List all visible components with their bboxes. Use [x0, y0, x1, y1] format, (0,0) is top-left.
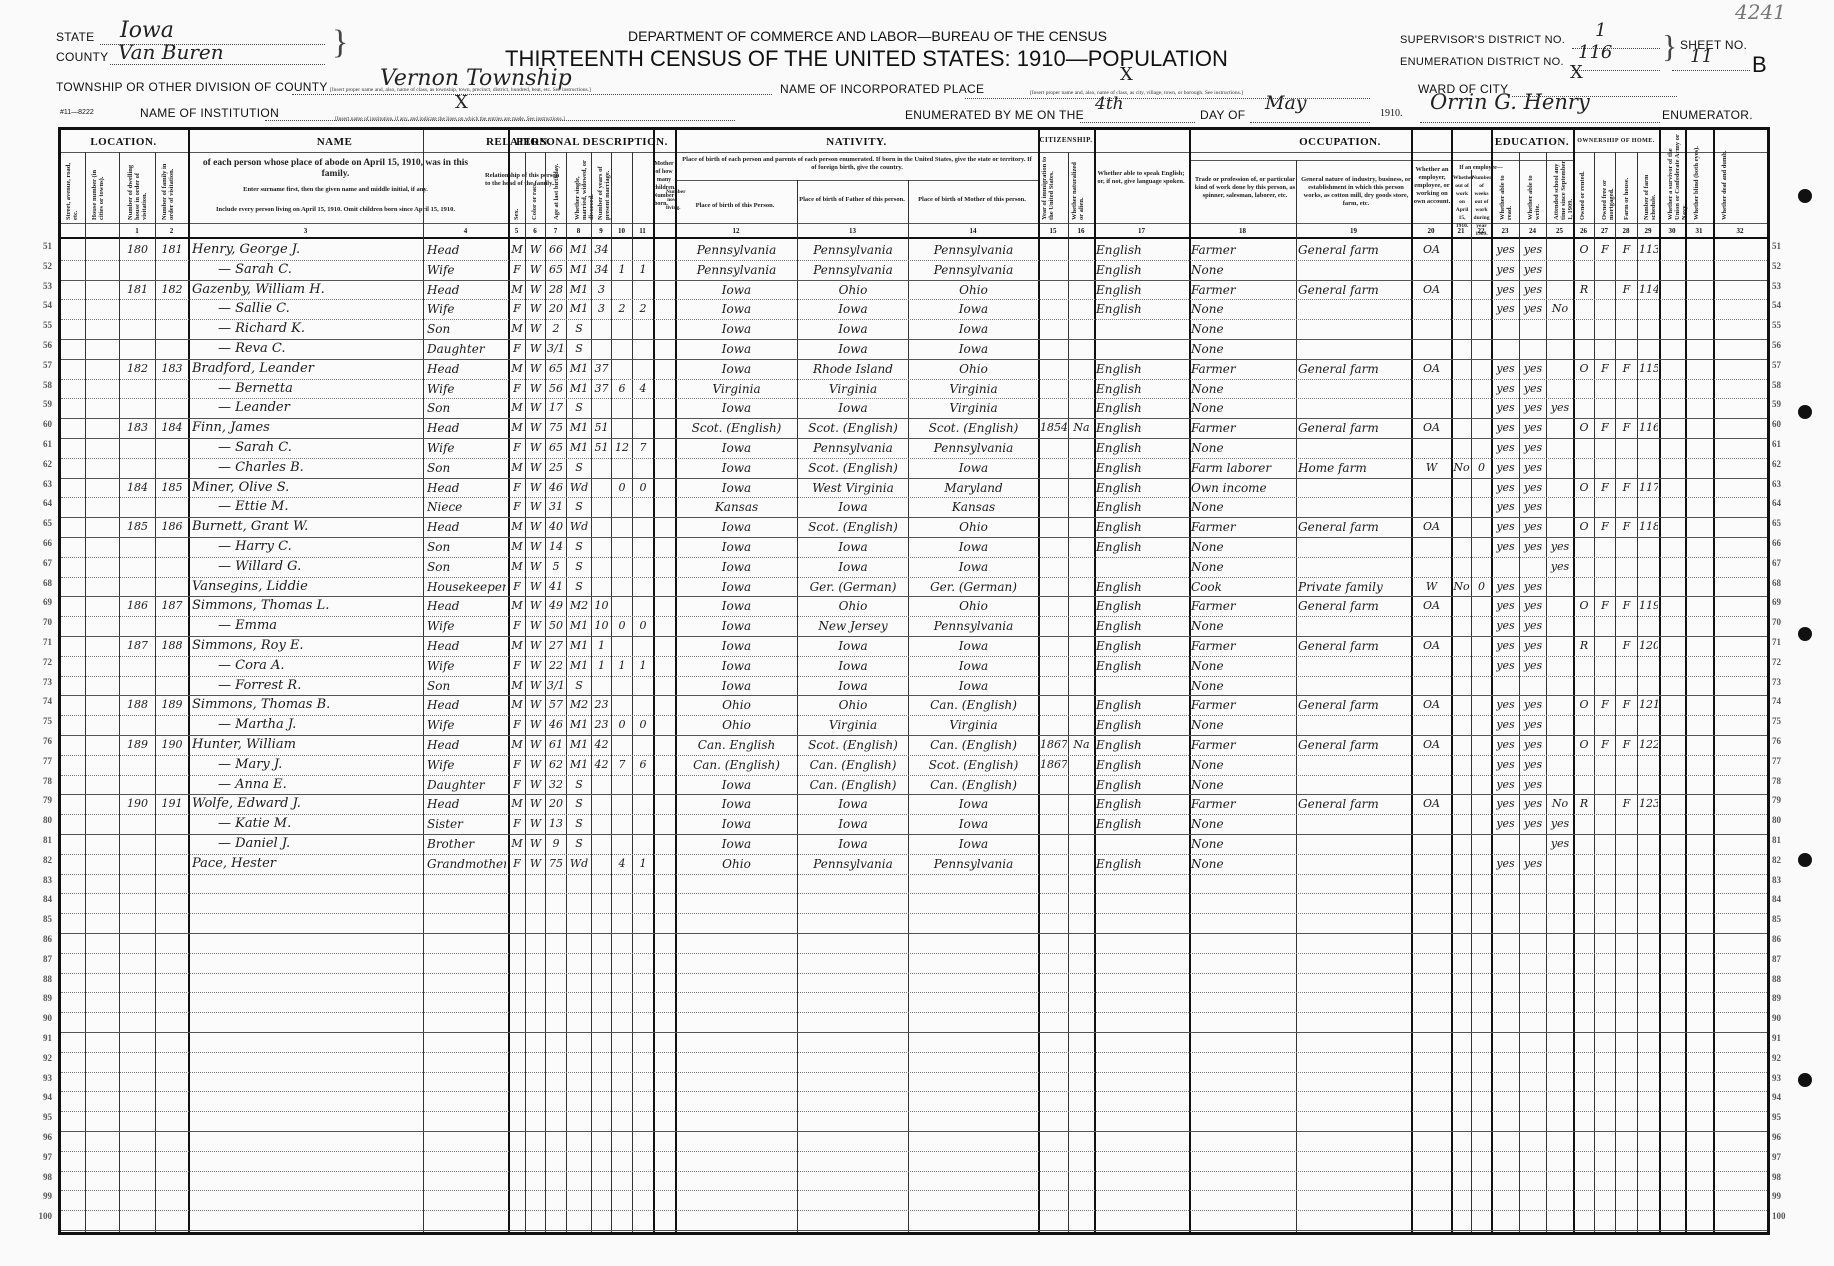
cell-pob_father: Ohio	[799, 597, 907, 615]
cell-trade: Farmer	[1191, 241, 1295, 259]
cell-age: 14	[547, 538, 565, 556]
cell-trade: Farmer	[1191, 419, 1295, 437]
incorporated-label: Name of incorporated place	[780, 82, 984, 96]
form-number: #11—8222	[60, 109, 94, 116]
line-number: 51	[32, 241, 52, 251]
group-education: EDUCATION.	[1491, 136, 1573, 148]
cell-age: 9	[547, 835, 565, 853]
column-number: 8	[566, 227, 591, 235]
cell-trade: None	[1191, 776, 1295, 794]
line-number: 61	[1772, 439, 1792, 449]
cell-relation: Head	[427, 241, 506, 259]
write-desc: Whether able to write.	[1527, 160, 1541, 220]
column-divider	[188, 130, 190, 1232]
cell-owned: O	[1575, 241, 1593, 259]
cell-pob_father: Iowa	[799, 320, 907, 338]
cell-pob_mother: Iowa	[910, 835, 1037, 853]
cell-pob_mother: Pennsylvania	[910, 855, 1037, 873]
cell-trade: None	[1191, 340, 1295, 358]
cell-pob_father: Virginia	[799, 716, 907, 734]
cell-pob_father: Pennsylvania	[799, 261, 907, 279]
cell-lang: English	[1096, 696, 1188, 714]
cell-age: 61	[547, 736, 565, 754]
cell-write: yes	[1521, 776, 1545, 794]
line-number: 56	[32, 340, 52, 350]
cell-marital: S	[568, 677, 590, 695]
cell-pob_father: Pennsylvania	[799, 241, 907, 259]
language-desc: Whether able to speak English; or, if no…	[1096, 170, 1186, 186]
cell-age: 65	[547, 261, 565, 279]
cell-owned: O	[1575, 597, 1593, 615]
dwelling-desc: Number of dwelling house in order of vis…	[127, 156, 148, 220]
cell-name: Gazenby, William H.	[192, 281, 424, 299]
cell-color: W	[527, 795, 544, 813]
cell-pob: Iowa	[677, 340, 796, 358]
column-number: 19	[1296, 227, 1411, 235]
cell-pob_father: Iowa	[799, 677, 907, 695]
cell-owned: O	[1575, 736, 1593, 754]
cell-read: yes	[1493, 281, 1518, 299]
cell-farm: F	[1617, 281, 1636, 299]
cell-write: yes	[1521, 756, 1545, 774]
column-divider	[1451, 130, 1453, 1232]
line-number: 97	[1772, 1152, 1792, 1162]
cell-name: Pace, Hester	[192, 855, 424, 873]
cell-read: yes	[1493, 261, 1518, 279]
cell-color: W	[527, 617, 544, 635]
cell-born: 1	[613, 261, 631, 279]
cell-color: W	[527, 558, 544, 576]
cell-pob_father: Pennsylvania	[799, 439, 907, 457]
punch-hole	[1798, 189, 1812, 203]
cell-sex: M	[510, 696, 524, 714]
cell-pob_mother: Pennsylvania	[910, 439, 1037, 457]
cell-name: Miner, Olive S.	[192, 479, 424, 497]
cell-marital: M1	[568, 300, 590, 318]
cell-immig: 1867	[1040, 756, 1067, 774]
cell-write: yes	[1521, 617, 1545, 635]
cell-pob: Iowa	[677, 479, 796, 497]
cell-dwelling: 180	[121, 241, 154, 259]
cell-dwelling: 185	[121, 518, 154, 536]
incorporated-value: X	[1120, 64, 1133, 85]
cell-age: 46	[547, 479, 565, 497]
cell-sex: M	[510, 538, 524, 556]
line-number: 96	[32, 1132, 52, 1142]
cell-pob_mother: Can. (English)	[910, 696, 1037, 714]
line-number: 70	[32, 617, 52, 627]
cell-farm: F	[1617, 241, 1636, 259]
cell-lang: English	[1096, 855, 1188, 873]
cell-years: 3	[593, 300, 610, 318]
cell-write: yes	[1521, 855, 1545, 873]
cell-relation: Head	[427, 736, 506, 754]
group-occupation: OCCUPATION.	[1189, 136, 1491, 148]
employer-desc: Whether an employer, employee, or workin…	[1413, 166, 1451, 206]
cell-sex: F	[510, 380, 524, 398]
cell-read: yes	[1493, 498, 1518, 516]
column-number: 26	[1573, 227, 1594, 235]
cell-owned: O	[1575, 360, 1593, 378]
column-number: 15	[1038, 227, 1068, 235]
column-divider	[1471, 170, 1472, 1232]
line-number: 59	[1772, 399, 1792, 409]
cell-sched: 121	[1639, 696, 1658, 714]
cell-relation: Head	[427, 360, 506, 378]
line-number: 84	[1772, 894, 1792, 904]
cell-sex: F	[510, 776, 524, 794]
cell-born: 7	[613, 756, 631, 774]
cell-relation: Head	[427, 518, 506, 536]
line-number: 88	[32, 974, 52, 984]
age-desc: Age at last birthday.	[553, 156, 560, 220]
cell-emp: OA	[1413, 696, 1450, 714]
cell-pob: Iowa	[677, 320, 796, 338]
cell-name: — Willard G.	[218, 558, 450, 576]
cell-write: yes	[1521, 736, 1545, 754]
cell-family: 183	[157, 360, 187, 378]
cell-age: 56	[547, 380, 565, 398]
line-number: 62	[32, 459, 52, 469]
cell-sex: F	[510, 855, 524, 873]
line-number: 83	[1772, 875, 1792, 885]
cell-living: 0	[634, 716, 652, 734]
line-number: 58	[32, 380, 52, 390]
cell-age: 3/12	[547, 677, 565, 695]
name-desc-3: Include every person living on April 15,…	[193, 206, 478, 214]
cell-years: 10	[593, 597, 610, 615]
institution-value: X	[455, 92, 468, 113]
cell-born: 0	[613, 479, 631, 497]
cell-marital: M1	[568, 657, 590, 675]
cell-trade: None	[1191, 716, 1295, 734]
column-divider	[908, 180, 909, 1232]
read-desc: Whether able to read.	[1499, 160, 1513, 220]
street-desc: Street, avenue, road, etc.	[65, 156, 79, 220]
column-number: 31	[1685, 227, 1713, 235]
line-number: 80	[1772, 815, 1792, 825]
cell-trade: None	[1191, 399, 1295, 417]
cell-color: W	[527, 281, 544, 299]
cell-dwelling: 181	[121, 281, 154, 299]
cell-sex: F	[510, 657, 524, 675]
cell-pob_mother: Iowa	[910, 538, 1037, 556]
line-number: 81	[32, 835, 52, 845]
cell-pob_mother: Ohio	[910, 518, 1037, 536]
cell-pob: Can. (English)	[677, 756, 796, 774]
cell-pob: Kansas	[677, 498, 796, 516]
cell-emp: OA	[1413, 419, 1450, 437]
cell-sex: F	[510, 300, 524, 318]
cell-out: No	[1453, 459, 1470, 477]
cell-pob: Iowa	[677, 677, 796, 695]
cell-pob_father: Iowa	[799, 835, 907, 853]
punch-hole	[1798, 853, 1812, 867]
line-number: 99	[1772, 1191, 1792, 1201]
cell-sched: 114	[1639, 281, 1658, 299]
line-number: 97	[32, 1152, 52, 1162]
cell-pob_father: Iowa	[799, 637, 907, 655]
cell-marital: M1	[568, 716, 590, 734]
column-number: 5	[508, 227, 525, 235]
cell-marital: S	[568, 558, 590, 576]
cell-pob: Iowa	[677, 795, 796, 813]
cell-trade: Farmer	[1191, 360, 1295, 378]
cell-read: yes	[1493, 380, 1518, 398]
cell-sex: M	[510, 677, 524, 695]
cell-pob_father: Ger. (German)	[799, 578, 907, 596]
day-of-label: day of	[1200, 108, 1245, 122]
cell-read: yes	[1493, 300, 1518, 318]
cell-emp: W	[1413, 578, 1450, 596]
column-divider	[1685, 130, 1687, 1232]
line-number: 55	[1772, 320, 1792, 330]
cell-farm: F	[1617, 518, 1636, 536]
line-number: 100	[32, 1211, 52, 1221]
cell-marital: S	[568, 776, 590, 794]
line-number: 72	[1772, 657, 1792, 667]
sheet-value: 11	[1690, 46, 1713, 67]
cell-marital: M1	[568, 439, 590, 457]
cell-read: yes	[1493, 617, 1518, 635]
cell-write: yes	[1521, 597, 1545, 615]
line-number: 75	[32, 716, 52, 726]
cell-pob: Iowa	[677, 815, 796, 833]
cell-lang: English	[1096, 399, 1188, 417]
cell-read: yes	[1493, 538, 1518, 556]
cell-emp: OA	[1413, 637, 1450, 655]
column-number: 3	[188, 227, 423, 235]
cell-farm: F	[1617, 795, 1636, 813]
cell-write: yes	[1521, 380, 1545, 398]
cell-pob_mother: Can. (English)	[910, 776, 1037, 794]
cell-write: yes	[1521, 459, 1545, 477]
cell-name: — Emma	[218, 617, 450, 635]
cell-color: W	[527, 320, 544, 338]
cell-marital: M1	[568, 360, 590, 378]
line-number: 88	[1772, 974, 1792, 984]
cell-trade: Farmer	[1191, 281, 1295, 299]
cell-pob_mother: Ohio	[910, 281, 1037, 299]
cell-lang: English	[1096, 498, 1188, 516]
cell-lang: English	[1096, 281, 1188, 299]
cell-sex: M	[510, 736, 524, 754]
cell-write: yes	[1521, 637, 1545, 655]
cell-lang: English	[1096, 479, 1188, 497]
cell-name: Simmons, Thomas L.	[192, 597, 424, 615]
cell-read: yes	[1493, 815, 1518, 833]
cell-trade: Cook	[1191, 578, 1295, 596]
cell-name: Vansegins, Liddie	[192, 578, 424, 596]
cell-living: 0	[634, 617, 652, 635]
cell-trade: None	[1191, 815, 1295, 833]
cell-write: yes	[1521, 716, 1545, 734]
cell-write: yes	[1521, 815, 1545, 833]
relation-desc: Relationship of this person to the head …	[485, 172, 563, 188]
line-number: 60	[1772, 419, 1792, 429]
cell-dwelling: 182	[121, 360, 154, 378]
cell-years: 51	[593, 439, 610, 457]
line-number: 91	[1772, 1033, 1792, 1043]
cell-farm: F	[1617, 479, 1636, 497]
cell-years: 42	[593, 736, 610, 754]
cell-marital: S	[568, 498, 590, 516]
supervisor-value: 1	[1595, 20, 1606, 41]
cell-relation: Son	[427, 320, 506, 338]
line-number: 94	[32, 1092, 52, 1102]
cell-emp: OA	[1413, 795, 1450, 813]
column-divider	[1068, 152, 1069, 1232]
cell-name: — Daniel J.	[218, 835, 450, 853]
cell-color: W	[527, 835, 544, 853]
cell-living: 2	[634, 300, 652, 318]
cell-pob_mother: Virginia	[910, 380, 1037, 398]
cell-industry: General farm	[1298, 795, 1410, 813]
line-number: 76	[32, 736, 52, 746]
cell-emp: OA	[1413, 360, 1450, 378]
cell-marital: S	[568, 459, 590, 477]
line-number: 63	[1772, 479, 1792, 489]
cell-marital: M1	[568, 736, 590, 754]
cell-relation: Wife	[427, 439, 506, 457]
cell-read: yes	[1493, 756, 1518, 774]
column-divider	[1038, 130, 1040, 1232]
column-number: 24	[1519, 227, 1546, 235]
cell-free: F	[1596, 360, 1614, 378]
cell-relation: Wife	[427, 300, 506, 318]
cell-marital: M2	[568, 696, 590, 714]
cell-name: Simmons, Thomas B.	[192, 696, 424, 714]
cell-color: W	[527, 855, 544, 873]
cell-family: 188	[157, 637, 187, 655]
line-number: 65	[32, 518, 52, 528]
cell-age: 57	[547, 696, 565, 714]
cell-trade: None	[1191, 300, 1295, 318]
line-number: 86	[32, 934, 52, 944]
cell-pob_mother: Iowa	[910, 320, 1037, 338]
cell-pob: Virginia	[677, 380, 796, 398]
enumerated-day: 4th	[1095, 94, 1124, 114]
cell-lang: English	[1096, 716, 1188, 734]
column-divider	[1594, 152, 1595, 1232]
cell-pob_father: Iowa	[799, 340, 907, 358]
cell-lang: English	[1096, 360, 1188, 378]
cell-free: F	[1596, 736, 1614, 754]
column-number: 16	[1068, 227, 1094, 235]
cell-color: W	[527, 261, 544, 279]
cell-school: No	[1548, 795, 1572, 813]
punch-hole	[1798, 1073, 1812, 1087]
cell-farm: F	[1617, 736, 1636, 754]
cell-pob_mother: Iowa	[910, 815, 1037, 833]
cell-pob_mother: Ger. (German)	[910, 578, 1037, 596]
schedule-desc: Number of farm schedule.	[1643, 160, 1657, 220]
cell-write: yes	[1521, 795, 1545, 813]
line-number: 72	[32, 657, 52, 667]
cell-age: 28	[547, 281, 565, 299]
cell-family: 186	[157, 518, 187, 536]
cell-born: 0	[613, 617, 631, 635]
cell-relation: Head	[427, 597, 506, 615]
cell-pob_father: Iowa	[799, 558, 907, 576]
cell-free: F	[1596, 419, 1614, 437]
cell-pob: Pennsylvania	[677, 241, 796, 259]
cell-name: — Sarah C.	[218, 439, 450, 457]
cell-lang: English	[1096, 459, 1188, 477]
owned-desc: Owned or rented.	[1579, 160, 1586, 220]
ward-value: X	[1570, 62, 1583, 83]
cell-owned: R	[1575, 281, 1593, 299]
line-number: 63	[32, 479, 52, 489]
line-number: 52	[1772, 261, 1792, 271]
cell-owned: R	[1575, 795, 1593, 813]
line-number: 78	[32, 776, 52, 786]
years-married-desc: Number of years of present marriage.	[597, 156, 611, 220]
line-number: 100	[1772, 1211, 1792, 1221]
cell-trade: None	[1191, 439, 1295, 457]
township-label: Township or other division of county	[56, 80, 328, 94]
line-number: 81	[1772, 835, 1792, 845]
cell-trade: None	[1191, 558, 1295, 576]
line-number: 51	[1772, 241, 1792, 251]
cell-pob: Iowa	[677, 617, 796, 635]
cell-trade: None	[1191, 835, 1295, 853]
line-number: 71	[32, 637, 52, 647]
cell-name: Wolfe, Edward J.	[192, 795, 424, 813]
cell-age: 3/12	[547, 340, 565, 358]
cell-pob: Iowa	[677, 459, 796, 477]
cell-farm: F	[1617, 637, 1636, 655]
cell-read: yes	[1493, 360, 1518, 378]
cell-name: Bradford, Leander	[192, 360, 424, 378]
cell-name: — Forrest R.	[218, 677, 450, 695]
line-number: 60	[32, 419, 52, 429]
cell-trade: Farmer	[1191, 795, 1295, 813]
cell-industry: Home farm	[1298, 459, 1410, 477]
cell-pob_mother: Iowa	[910, 795, 1037, 813]
cell-sex: M	[510, 795, 524, 813]
cell-pob_father: Scot. (English)	[799, 459, 907, 477]
cell-lang: English	[1096, 300, 1188, 318]
cell-owned: O	[1575, 479, 1593, 497]
cell-industry: General farm	[1298, 241, 1410, 259]
cell-sex: M	[510, 518, 524, 536]
column-number: 11	[632, 227, 653, 235]
cell-pob_father: New Jersey	[799, 617, 907, 635]
column-divider	[1637, 152, 1638, 1232]
cell-sched: 113	[1639, 241, 1658, 259]
cell-free: F	[1596, 597, 1614, 615]
cell-sched: 115	[1639, 360, 1658, 378]
line-number: 66	[32, 538, 52, 548]
cell-color: W	[527, 696, 544, 714]
cell-industry: General farm	[1298, 518, 1410, 536]
column-number: 10	[611, 227, 632, 235]
cell-name: — Reva C.	[218, 340, 450, 358]
cell-industry: General farm	[1298, 736, 1410, 754]
line-number: 62	[1772, 459, 1792, 469]
cell-sex: M	[510, 281, 524, 299]
cell-read: yes	[1493, 399, 1518, 417]
cell-living: 4	[634, 380, 652, 398]
line-number: 74	[1772, 696, 1792, 706]
column-divider	[155, 152, 156, 1232]
cell-pob_father: Ohio	[799, 281, 907, 299]
cell-pob_father: Scot. (English)	[799, 419, 907, 437]
column-divider	[1659, 130, 1661, 1232]
column-number: 29	[1637, 227, 1659, 235]
cell-years: 51	[593, 419, 610, 437]
